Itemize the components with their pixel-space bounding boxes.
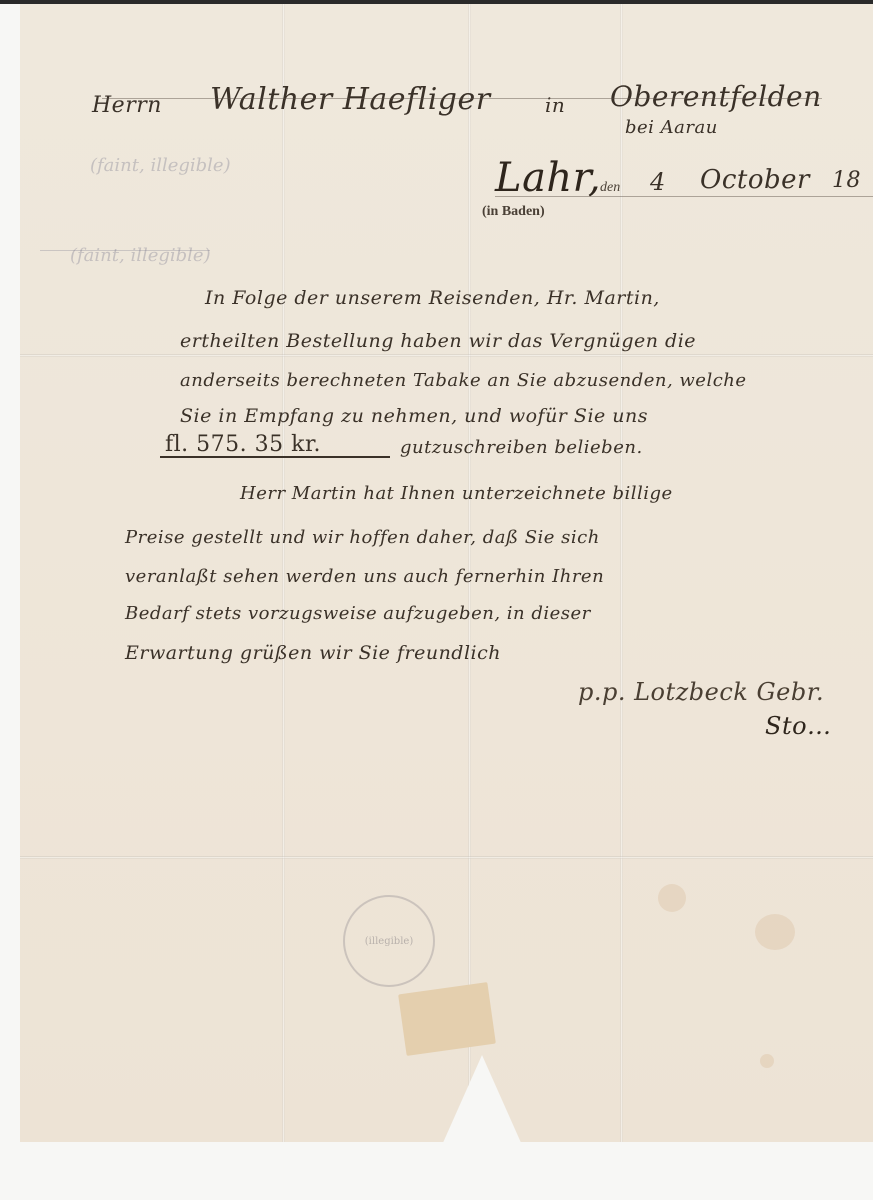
pencil-note: (faint, illegible): [70, 245, 211, 266]
dateline-year-prefix: 18: [832, 168, 861, 193]
fold-line-horizontal: [20, 354, 873, 357]
address-place: Oberentfelden: [610, 80, 822, 113]
torn-notch: [442, 1055, 522, 1145]
dateline-city: Lahr,: [495, 155, 601, 201]
dateline-region: (in Baden): [482, 204, 545, 220]
foxing-stain: [658, 884, 686, 912]
address-rule: [102, 98, 822, 99]
body-line: gutzuschreiben belieben.: [400, 437, 643, 458]
postmark-text: (illegible): [365, 936, 413, 947]
dateline-den: den: [600, 180, 620, 196]
body-line: Bedarf stets vorzugsweise aufzugeben, in…: [125, 603, 591, 624]
signature-initials: Sto…: [765, 712, 832, 740]
dateline-rule: [495, 196, 873, 197]
body-line: veranlaßt sehen werden uns auch fernerhi…: [125, 566, 604, 587]
address-name: Walther Haefliger: [210, 82, 491, 117]
signature-firm: p.p. Lotzbeck Gebr.: [578, 678, 824, 706]
body-line: anderseits berechneten Tabake an Sie abz…: [180, 370, 747, 391]
body-line: Herr Martin hat Ihnen unterzeichnete bil…: [240, 483, 673, 504]
foxing-stain: [760, 1054, 774, 1068]
foxing-stain: [755, 914, 795, 950]
body-line: ertheilten Bestellung haben wir das Verg…: [180, 330, 696, 352]
amount-underline: [160, 456, 390, 458]
address-near: bei Aarau: [625, 117, 718, 138]
body-line: Preise gestellt und wir hoffen daher, da…: [125, 527, 600, 548]
body-line: In Folge der unserem Reisenden, Hr. Mart…: [205, 287, 660, 309]
dateline-month: October: [700, 165, 810, 195]
address-salutation: Herrn: [92, 93, 162, 118]
postmark-stamp: (illegible): [343, 895, 435, 987]
pencil-rule: [40, 250, 210, 251]
fold-line-horizontal: [20, 856, 873, 859]
amount: fl. 575. 35 kr.: [165, 432, 321, 457]
body-line: Erwartung grüßen wir Sie freundlich: [125, 642, 501, 664]
dateline-day: 4: [650, 168, 666, 196]
seal-paper: [398, 982, 496, 1056]
body-line: Sie in Empfang zu nehmen, und wofür Sie …: [180, 405, 648, 427]
address-preposition: in: [545, 93, 565, 117]
pencil-note: (faint, illegible): [90, 155, 231, 176]
fold-line-vertical: [620, 4, 623, 1142]
